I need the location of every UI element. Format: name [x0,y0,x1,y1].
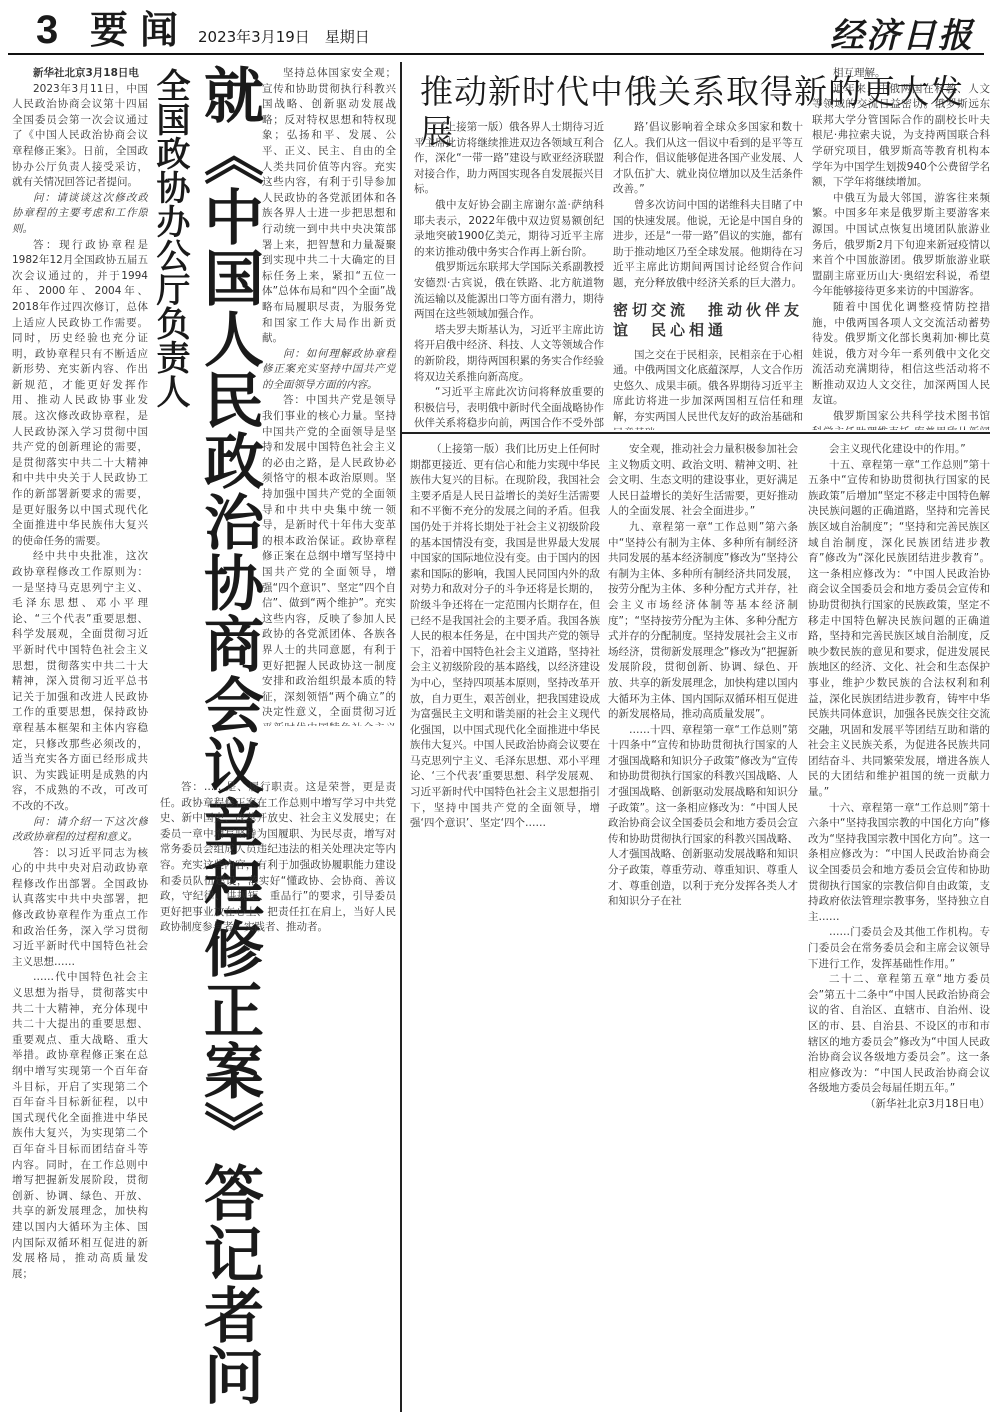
dateline: 新华社北京3月18日电 [33,67,139,79]
paragraph: 曾多次访问中国的诺维科夫目睹了中国的快速发展。他说，无论是中国自身的进步，还是“… [613,198,803,292]
question: 问：如何理解政协章程修正案充实坚持中国共产党的全面领导方面的内容。 [262,347,396,394]
paragraph: 答：中国共产党是领导我们事业的核心力量。坚持中国共产党的全面领导是坚持和发展中国… [262,393,396,726]
paragraph: 中俄互为最大邻国，游客往来频繁。中国多年来是俄罗斯主要游客来源国。中国试点恢复出… [812,191,990,300]
paragraph: 2023年3月11日，中国人民政治协商会议第十四届全国委员会第一次会议通过了《中… [12,82,148,191]
cppcc-col2: 坚持总体国家安全观；宣传和协助贯彻执行科教兴国战略、创新驱动发展战略；反对特权思… [262,66,396,726]
paragraph: 十六、章程第一章“工作总则”第十六条中“坚持我国宗教的中国化方向”修改为“坚持我… [808,801,990,926]
paragraph: （上接第一版）俄各界人士期待习近平主席此访将继续推进双边各领域互利合作，深化“一… [414,120,604,198]
paragraph: 答：现行政协章程是1982年12月全国政协五届五次会议通过的，并于1994年、2… [12,238,148,550]
masthead-rule [8,53,984,55]
paragraph: 答：以习近平同志为核心的中共中央对启动政协章程修改作出部署。全国政协认真落实中共… [12,846,148,971]
russia-subheading: 密切交流 推动伙伴友谊 民心相通 [613,300,803,340]
paragraph: 路’倡议影响着全球众多国家和数十亿人。我们从这一倡议中看到的是平等互利合作，倡议… [613,120,803,198]
paragraph: 相互理解。 [812,66,990,82]
cppcc-lower-col2: 安全观，推动社会力量积极参加社会主义物质文明、政治文明、精神文明、社会文明、生态… [608,442,798,1410]
cppcc-end-dateline: （新华社北京3月18日电） [808,1097,990,1113]
paragraph: 九、章程第一章“工作总则”第六条中“坚持公有制为主体、多种所有制经济共同发展的基… [608,520,798,723]
paragraph: 塔夫罗夫斯基认为，习近平主席此访将开启俄中经济、科技、人文等领域合作的新阶段，期… [414,323,604,385]
paragraph: 国之交在于民相亲，民相亲在于心相通。中俄两国文化底蕴深厚，人文合作历史悠久、成果… [613,348,803,430]
question: 问：请介绍一下这次修改政协章程的过程和意义。 [12,815,148,846]
paragraph: 俄罗斯远东联邦大学国际关系副教授安德烈·古宾说，俄在铁路、北方航道物流运输以及能… [414,260,604,322]
paragraph: ……代中国特色社会主义思想为指导，贯彻落实中共二十大精神，充分体现中共二十大提出… [12,970,148,1282]
paragraph: 安全观，推动社会力量积极参加社会主义物质文明、政治文明、精神文明、社会文明、生态… [608,442,798,520]
newspaper-logo: 经济日报 [830,8,974,57]
paragraph: 二十二、章程第五章“地方委员会”第五十二条中“中国人民政治协商会议的省、自治区、… [808,972,990,1097]
paragraph: 答：……是、履行职责。这是荣誉，更是责任。政协章程修正案在工作总则中增写学习中共… [160,780,396,936]
russia-col1: （上接第一版）俄各界人士期待习近平主席此访将继续推进双边各领域互利合作，深化“一… [414,120,604,430]
section-name: 要闻 [90,8,190,52]
paragraph: “习近平主席此次访问将释放重要的积极信号，表明俄中新时代全面战略协作伙伴关系将稳… [414,385,604,430]
cppcc-lower-col1: （上接第一版）我们比历史上任何时期都更接近、更有信心和能力实现中华民族伟大复兴的… [410,442,600,1410]
page-number: 3 [36,8,58,52]
paragraph: 会主义现代化建设中的作用。” [808,442,990,458]
article-subtitle-vertical: 全国政协办公厅负责人 [150,68,192,408]
russia-col3: 相互理解。 近年来，中俄两国在科教、人文等领域的交流日益密切。俄罗斯远东联邦大学… [812,66,990,430]
cppcc-col2-lower: 答：……是、履行职责。这是荣誉，更是责任。政协章程修正案在工作总则中增写学习中共… [160,780,396,1410]
paragraph: ……门委员会及其他工作机构。专门委员会在常务委员会和主席会议领导下进行工作，发挥… [808,925,990,972]
section-divider [402,432,990,434]
column-divider [400,62,402,1412]
cppcc-lower-col3: 会主义现代化建设中的作用。” 十五、章程第一章“工作总则”第十五条中“宣传和协助… [808,442,990,1410]
paragraph: 随着中国优化调整疫情防控措施，中俄两国各项人文交流活动蓄势待发。俄罗斯文化部长奥… [812,300,990,409]
paragraph: 俄罗斯国家公共科学技术图书馆科学主任助理维克托·库普里欣从新闻中得知习近平主席即… [812,409,990,430]
paragraph: 俄中友好协会副主席谢尔盖·萨纳科耶夫表示，2022年俄中双边贸易额创纪录地突破1… [414,198,604,260]
paragraph: 近年来，中俄两国在科教、人文等领域的交流日益密切。俄罗斯远东联邦大学分管国际合作… [812,82,990,191]
cppcc-col1: 新华社北京3月18日电 2023年3月11日，中国人民政治协商会议第十四届全国委… [12,66,148,1411]
russia-col2: 路’倡议影响着全球众多国家和数十亿人。我们从这一倡议中看到的是平等互利合作，倡议… [613,120,803,430]
paragraph: （上接第一版）我们比历史上任何时期都更接近、更有信心和能力实现中华民族伟大复兴的… [410,442,600,832]
issue-date: 2023年3月19日 星期日 [198,26,370,47]
paragraph: 经中共中央批准，这次政协章程修改工作原则为：一是坚持马克思列宁主义、毛泽东思想、… [12,549,148,814]
masthead: 3 要闻 2023年3月19日 星期日 经济日报 [0,0,1000,56]
paragraph: 十五、章程第一章“工作总则”第十五条中“宣传和协助贯彻执行国家的民族政策”后增加… [808,458,990,801]
question: 问：请谈谈这次修改政协章程的主要考虑和工作原则。 [12,191,148,238]
paragraph: ……十四、章程第一章“工作总则”第十四条中“宣传和协助贯彻执行国家的人才强国战略… [608,723,798,910]
paragraph: 坚持总体国家安全观；宣传和协助贯彻执行科教兴国战略、创新驱动发展战略；反对特权思… [262,66,396,347]
